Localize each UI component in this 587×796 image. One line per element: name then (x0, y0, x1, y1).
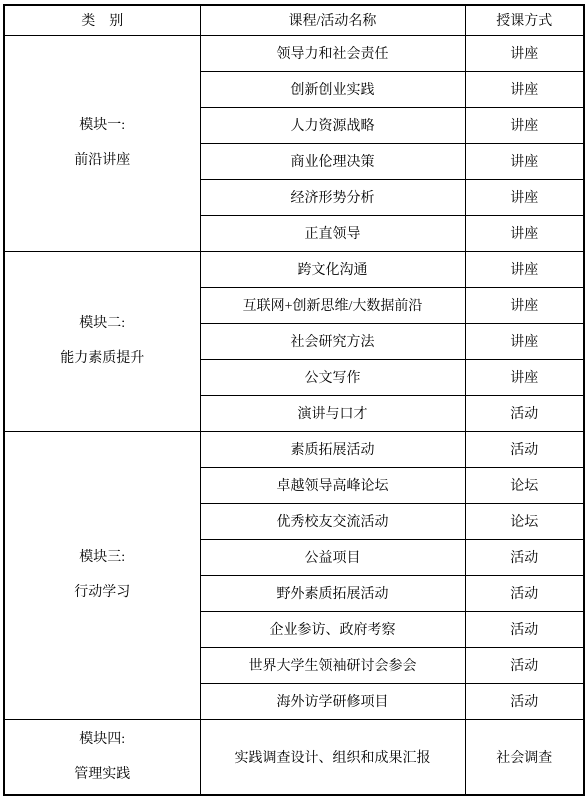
course-name-cell: 正直领导 (200, 215, 465, 251)
method-cell: 讲座 (465, 143, 584, 179)
category-line1: 模块三: (5, 540, 200, 575)
category-line2: 管理实践 (5, 757, 200, 792)
method-cell: 活动 (465, 395, 584, 431)
course-name-cell: 野外素质拓展活动 (200, 575, 465, 611)
course-schedule-table: 类 别 课程/活动名称 授课方式 模块一: 前沿讲座 领导力和社会责任 讲座 创… (3, 4, 585, 796)
method-cell: 讲座 (465, 215, 584, 251)
course-name-cell: 素质拓展活动 (200, 431, 465, 467)
method-cell: 活动 (465, 539, 584, 575)
method-cell: 活动 (465, 611, 584, 647)
header-category: 类 别 (4, 5, 200, 35)
course-name-cell: 创新创业实践 (200, 71, 465, 107)
method-cell: 活动 (465, 683, 584, 719)
method-cell: 讲座 (465, 251, 584, 287)
method-cell: 活动 (465, 575, 584, 611)
table-header-row: 类 别 课程/活动名称 授课方式 (4, 5, 584, 35)
course-name-cell: 商业伦理决策 (200, 143, 465, 179)
course-name-cell: 世界大学生领袖研讨会参会 (200, 647, 465, 683)
method-cell: 讲座 (465, 179, 584, 215)
category-line1: 模块四: (5, 722, 200, 757)
course-name-cell: 公文写作 (200, 359, 465, 395)
category-line2: 能力素质提升 (5, 341, 200, 376)
method-cell: 讲座 (465, 359, 584, 395)
table-row: 模块一: 前沿讲座 领导力和社会责任 讲座 (4, 35, 584, 71)
method-cell: 讲座 (465, 287, 584, 323)
header-method: 授课方式 (465, 5, 584, 35)
table-row: 模块三: 行动学习 素质拓展活动 活动 (4, 431, 584, 467)
category-line1: 模块一: (5, 108, 200, 143)
header-course-name: 课程/活动名称 (200, 5, 465, 35)
category-line2: 行动学习 (5, 575, 200, 610)
method-cell: 活动 (465, 431, 584, 467)
course-name-cell: 海外访学研修项目 (200, 683, 465, 719)
document-page: 类 别 课程/活动名称 授课方式 模块一: 前沿讲座 领导力和社会责任 讲座 创… (0, 0, 587, 796)
method-cell: 活动 (465, 647, 584, 683)
course-name-cell: 领导力和社会责任 (200, 35, 465, 71)
category-line1: 模块二: (5, 306, 200, 341)
method-cell: 讲座 (465, 107, 584, 143)
course-name-cell: 优秀校友交流活动 (200, 503, 465, 539)
method-cell: 讲座 (465, 35, 584, 71)
method-cell: 讲座 (465, 71, 584, 107)
method-cell: 社会调查 (465, 719, 584, 795)
category-cell-module2: 模块二: 能力素质提升 (4, 251, 200, 431)
course-name-cell: 企业参访、政府考察 (200, 611, 465, 647)
method-cell: 讲座 (465, 323, 584, 359)
method-cell: 论坛 (465, 467, 584, 503)
course-name-cell: 演讲与口才 (200, 395, 465, 431)
course-name-cell: 互联网+创新思维/大数据前沿 (200, 287, 465, 323)
course-name-cell: 社会研究方法 (200, 323, 465, 359)
table-row: 模块四: 管理实践 实践调查设计、组织和成果汇报 社会调查 (4, 719, 584, 795)
category-line2: 前沿讲座 (5, 143, 200, 178)
course-name-cell: 卓越领导高峰论坛 (200, 467, 465, 503)
category-cell-module1: 模块一: 前沿讲座 (4, 35, 200, 251)
course-name-cell: 跨文化沟通 (200, 251, 465, 287)
course-name-cell: 公益项目 (200, 539, 465, 575)
category-cell-module4: 模块四: 管理实践 (4, 719, 200, 795)
method-cell: 论坛 (465, 503, 584, 539)
course-name-cell: 人力资源战略 (200, 107, 465, 143)
table-row: 模块二: 能力素质提升 跨文化沟通 讲座 (4, 251, 584, 287)
course-name-cell: 实践调查设计、组织和成果汇报 (200, 719, 465, 795)
category-cell-module3: 模块三: 行动学习 (4, 431, 200, 719)
course-name-cell: 经济形势分析 (200, 179, 465, 215)
